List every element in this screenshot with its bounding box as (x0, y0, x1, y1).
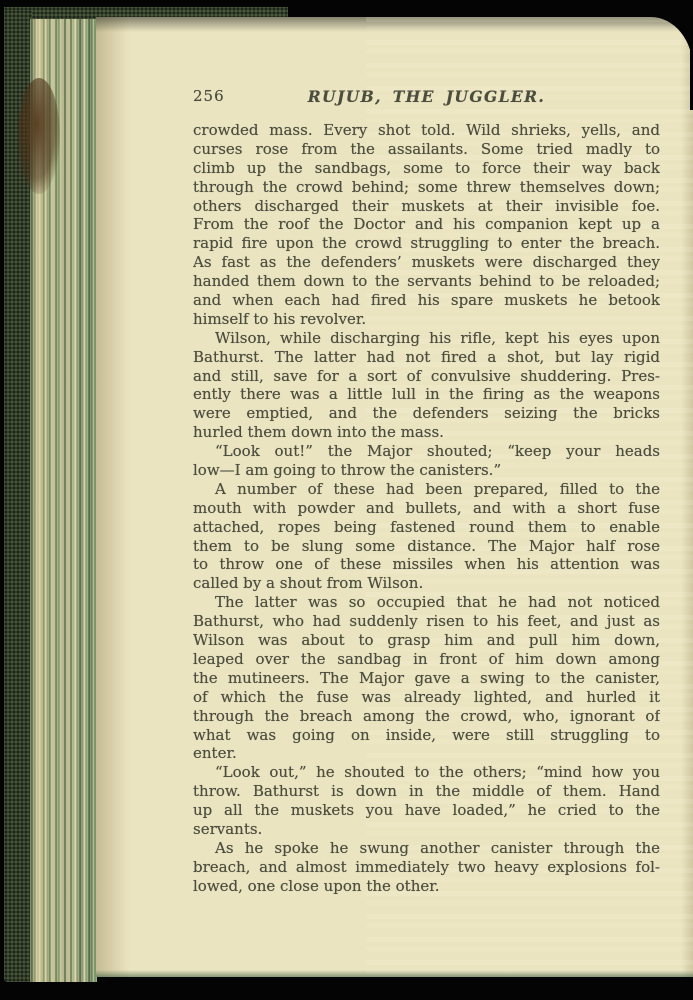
paragraph: “Look out!” the Major shouted; “keep you… (193, 442, 660, 480)
text-line: breach, and almost immediately two heavy… (193, 858, 660, 877)
text-line: of which the fuse was already lighted, a… (193, 688, 660, 707)
text-line: low—I am going to throw the canisters.” (193, 461, 660, 480)
paragraphs: crowded mass. Every shot told. Wild shri… (193, 121, 660, 896)
text-line: through the crowd behind; some threw the… (193, 178, 660, 197)
text-line: up all the muskets you have loaded,” he … (193, 801, 660, 820)
text-line: curses rose from the assailants. Some tr… (193, 140, 660, 159)
text-line: leaped over the sandbag in front of him … (193, 650, 660, 669)
text-line: called by a shout from Wilson. (193, 574, 660, 593)
text-line: Wilson, while discharging his rifle, kep… (193, 329, 660, 348)
text-line: them to be slung some distance. The Majo… (193, 537, 660, 556)
text-line: enter. (193, 744, 660, 763)
text-line: From the roof the Doctor and his compani… (193, 215, 660, 234)
text-line: Bathurst, who had suddenly risen to his … (193, 612, 660, 631)
text-line: mouth with powder and bullets, and with … (193, 499, 660, 518)
paragraph: As he spoke he swung another canister th… (193, 839, 660, 896)
running-header: RUJUB, THE JUGGLER. (193, 87, 660, 106)
text-line: The latter was so occupied that he had n… (193, 593, 660, 612)
text-line: lowed, one close upon the other. (193, 877, 660, 896)
text-line: himself to his revolver. (193, 310, 660, 329)
text-line: others discharged their muskets at their… (193, 197, 660, 216)
text-line: to throw one of these missiles when his … (193, 555, 660, 574)
text-line: servants. (193, 820, 660, 839)
text-line: Wilson was about to grasp him and pull h… (193, 631, 660, 650)
paragraph: A number of these had been prepared, fil… (193, 480, 660, 593)
background: 256 RUJUB, THE JUGGLER. crowded mass. Ev… (0, 0, 693, 1000)
text-line: A number of these had been prepared, fil… (193, 480, 660, 499)
text-line: what was going on inside, were still str… (193, 726, 660, 745)
text-block: 256 RUJUB, THE JUGGLER. crowded mass. Ev… (193, 87, 660, 896)
text-line: handed them down to the servants behind … (193, 272, 660, 291)
text-line: through the breach among the crowd, who,… (193, 707, 660, 726)
text-line: the mutineers. The Major gave a swing to… (193, 669, 660, 688)
page-header: 256 RUJUB, THE JUGGLER. (193, 87, 660, 106)
text-line: As he spoke he swung another canister th… (193, 839, 660, 858)
paragraph: “Look out,” he shouted to the others; “m… (193, 763, 660, 839)
text-line: Bathurst. The latter had not fired a sho… (193, 348, 660, 367)
text-line: hurled them down into the mass. (193, 423, 660, 442)
cover-wear-mark (18, 78, 60, 194)
text-line: “Look out,” he shouted to the others; “m… (193, 763, 660, 782)
text-line: As fast as the defenders’ muskets were d… (193, 253, 660, 272)
text-line: attached, ropes being fastened round the… (193, 518, 660, 537)
text-line: throw. Bathurst is down in the middle of… (193, 782, 660, 801)
text-line: rapid fire upon the crowd struggling to … (193, 234, 660, 253)
paragraph: Wilson, while discharging his rifle, kep… (193, 329, 660, 442)
text-line: and still, save for a sort of convulsive… (193, 367, 660, 386)
book-page: 256 RUJUB, THE JUGGLER. crowded mass. Ev… (96, 17, 693, 977)
text-line: “Look out!” the Major shouted; “keep you… (193, 442, 660, 461)
text-line: and when each had fired his spare musket… (193, 291, 660, 310)
text-line: climb up the sandbags, some to force the… (193, 159, 660, 178)
text-line: were emptied, and the defenders seizing … (193, 404, 660, 423)
paragraph: crowded mass. Every shot told. Wild shri… (193, 121, 660, 329)
paragraph: The latter was so occupied that he had n… (193, 593, 660, 763)
text-line: ently there was a little lull in the fir… (193, 385, 660, 404)
text-line: crowded mass. Every shot told. Wild shri… (193, 121, 660, 140)
